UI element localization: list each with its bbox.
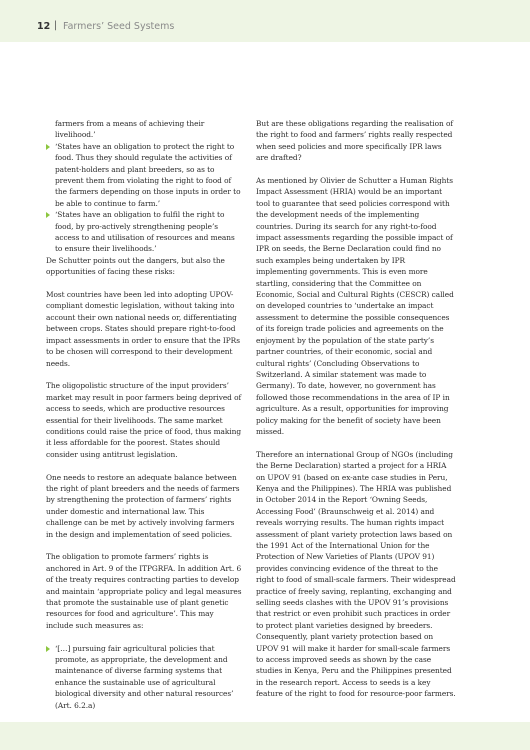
paragraph: But are these obligations regarding the …: [256, 118, 456, 164]
right-column: But are these obligations regarding the …: [256, 118, 456, 711]
list-item: ‘States have an obligation to fulfil the…: [55, 209, 242, 255]
running-title: Farmers’ Seed Systems: [63, 21, 174, 32]
list-item-text: ‘States have an obligation to protect th…: [55, 142, 240, 208]
bullet-triangle-icon: [46, 646, 50, 652]
bullet-list-top: farmers from a means of achieving their …: [55, 118, 242, 255]
list-item-text: ‘States have an obligation to fulfil the…: [55, 210, 235, 253]
list-item: ‘[…] pursuing fair agricultural policies…: [55, 643, 242, 711]
paragraph: One needs to restore an adequate balance…: [46, 472, 242, 540]
footer-band: [0, 722, 530, 750]
list-item: ‘States have an obligation to protect th…: [55, 141, 242, 209]
page-number: 12: [37, 21, 50, 32]
list-item-text: ‘[…] pursuing fair agricultural policies…: [55, 644, 233, 710]
bullet-triangle-icon: [46, 212, 50, 218]
paragraph: Most countries have been led into adopti…: [46, 289, 242, 369]
header-separator: |: [54, 20, 57, 31]
paragraph: The oligopolistic structure of the input…: [46, 380, 242, 460]
paragraph: The obligation to promote farmers’ right…: [46, 551, 242, 631]
bullet-triangle-icon: [46, 144, 50, 150]
continuation-text: farmers from a means of achieving their …: [55, 119, 204, 139]
paragraph: As mentioned by Olivier de Schutter a Hu…: [256, 175, 456, 437]
left-column: farmers from a means of achieving their …: [46, 118, 242, 711]
list-item-continuation: farmers from a means of achieving their …: [55, 118, 242, 141]
bullet-list-bottom: ‘[…] pursuing fair agricultural policies…: [55, 643, 242, 711]
intro-paragraph: De Schutter points out the dangers, but …: [46, 255, 242, 278]
paragraph: Therefore an international Group of NGOs…: [256, 449, 456, 700]
